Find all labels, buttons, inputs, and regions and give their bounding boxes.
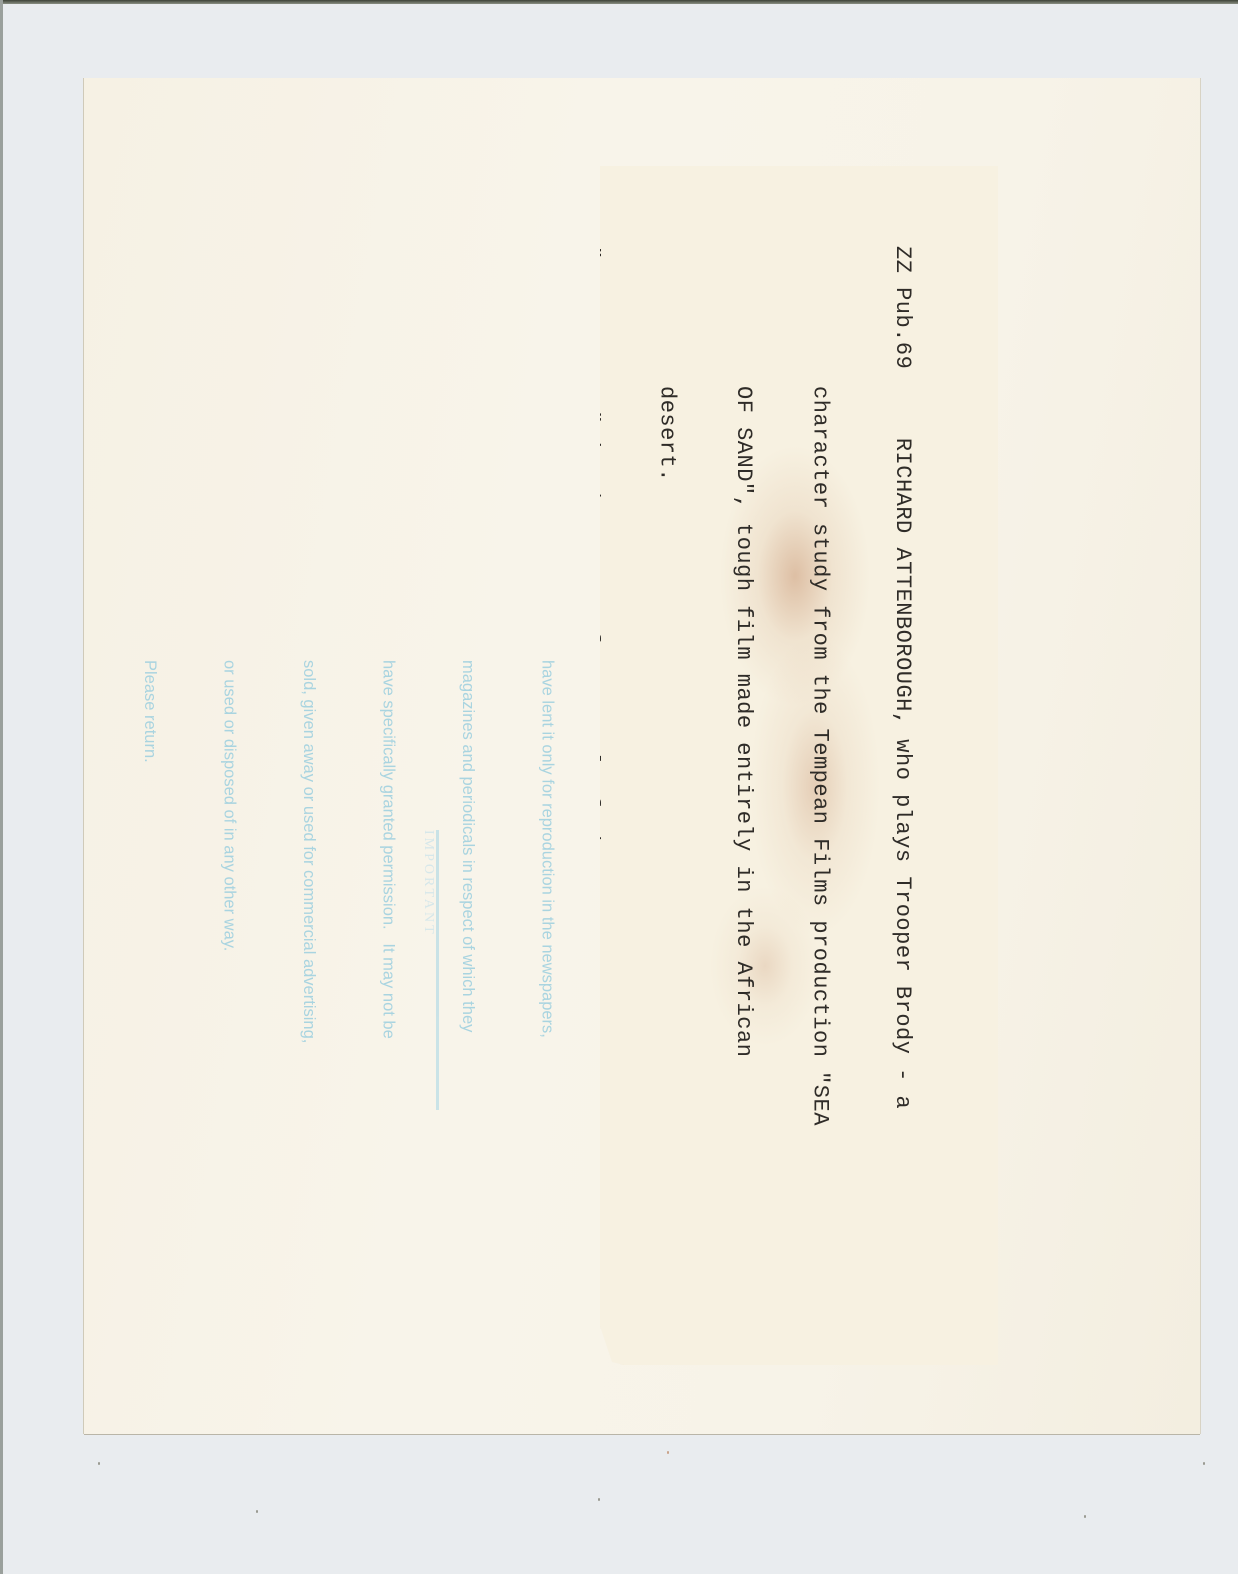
headline-line: character study from the Tempean Films p… bbox=[807, 246, 833, 1233]
stamp-line: sold, given away or used for commercial … bbox=[296, 660, 323, 1043]
dust-speck bbox=[598, 1498, 600, 1501]
dust-speck bbox=[1084, 1515, 1086, 1518]
dust-speck bbox=[98, 1462, 100, 1465]
headline-line: desert. bbox=[654, 246, 680, 1233]
stamp-line: have lent it only for reproduction in th… bbox=[534, 660, 561, 1043]
dust-speck bbox=[1203, 1462, 1205, 1465]
dust-speck bbox=[667, 1451, 669, 1454]
publicity-reference: ZZ Pub.69 RICHARD ATTENBOROUGH, who play… bbox=[890, 246, 916, 1233]
stamp-line: magazines and periodicals in respect of … bbox=[455, 660, 482, 1043]
stamp-line: have specifically granted permission. It… bbox=[375, 660, 402, 1043]
caption-slip: ZZ Pub.69 RICHARD ATTENBOROUGH, who play… bbox=[600, 166, 998, 1365]
stamp-line: Please return. bbox=[137, 660, 164, 1043]
scanner-left-edge bbox=[0, 0, 3, 1574]
stamp-line: or used or disposed of in any other way. bbox=[216, 660, 243, 1043]
dust-speck bbox=[256, 1510, 258, 1513]
headline-line: OF SAND", tough film made entirely in th… bbox=[731, 246, 757, 1233]
scanner-top-edge bbox=[0, 0, 1238, 4]
